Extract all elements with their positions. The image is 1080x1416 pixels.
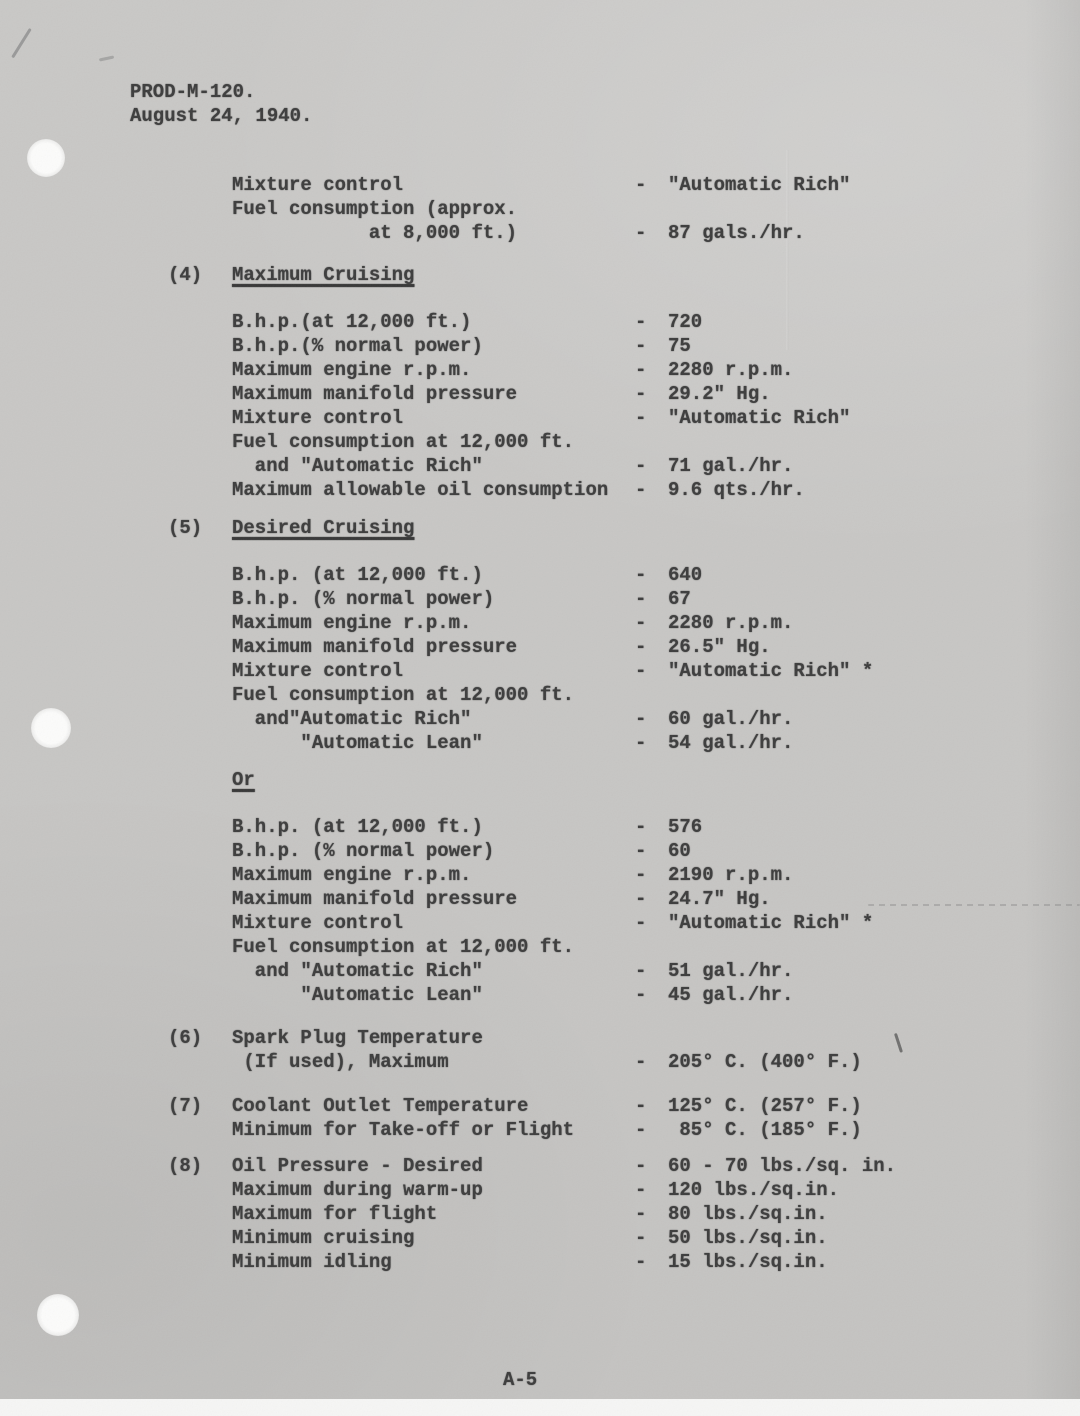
section-content: Desired CruisingB.h.p. (at 12,000 ft.)-6… — [232, 516, 1068, 755]
spec-label: Mixture control — [232, 407, 403, 429]
spec-value: 71 gal./hr. — [668, 454, 793, 478]
spec-label: (If used), Maximum — [232, 1051, 449, 1073]
spec-value: 45 gal./hr. — [668, 983, 793, 1007]
spec-value: 50 lbs./sq.in. — [668, 1226, 828, 1250]
spec-row: Maximum manifold pressure-24.7" Hg. — [232, 887, 1068, 911]
spec-row: B.h.p. (% normal power)-60 — [232, 839, 1068, 863]
spec-row: Maximum manifold pressure-26.5" Hg. — [232, 635, 1068, 659]
spec-value: 640 — [668, 563, 702, 587]
dash-separator: - — [635, 478, 646, 502]
dash-separator: - — [635, 1250, 646, 1274]
spec-row: and"Automatic Rich"-60 gal./hr. — [232, 707, 1068, 731]
dash-separator: - — [635, 1094, 646, 1118]
spec-label: Fuel consumption at 12,000 ft. — [232, 431, 574, 453]
spec-label: Mixture control — [232, 912, 403, 934]
spec-row: Maximum for flight-80 lbs./sq.in. — [232, 1202, 1068, 1226]
dash-separator: - — [635, 839, 646, 863]
spec-label: B.h.p.(% normal power) — [232, 335, 483, 357]
spec-value: 125° C. (257° F.) — [668, 1094, 862, 1118]
spec-value: 60 - 70 lbs./sq. in. — [668, 1154, 896, 1178]
dash-separator: - — [635, 659, 646, 683]
spec-row: Maximum engine r.p.m.-2280 r.p.m. — [232, 611, 1068, 635]
dash-separator: - — [635, 1226, 646, 1250]
dash-separator: - — [635, 587, 646, 611]
spec-value: 51 gal./hr. — [668, 959, 793, 983]
document-page: PROD-M-120. August 24, 1940. Mixture con… — [0, 0, 1080, 1416]
section-5-desired-cruising: (5)Desired CruisingB.h.p. (at 12,000 ft.… — [168, 516, 1068, 755]
spec-row: Fuel consumption (approx. — [232, 197, 1068, 221]
spec-label: Maximum engine r.p.m. — [232, 359, 471, 381]
spec-label: "Automatic Lean" — [232, 732, 483, 754]
spec-label: Maximum manifold pressure — [232, 636, 517, 658]
spec-label: B.h.p.(at 12,000 ft.) — [232, 311, 471, 333]
spec-row: Coolant Outlet Temperature-125° C. (257°… — [232, 1094, 1068, 1118]
spec-row: Maximum during warm-up-120 lbs./sq.in. — [232, 1178, 1068, 1202]
spec-label: Minimum for Take-off or Flight — [232, 1119, 574, 1141]
spec-row: Mixture control-"Automatic Rich" * — [232, 659, 1068, 683]
section-title: Maximum Cruising — [232, 263, 414, 287]
spec-row: (If used), Maximum-205° C. (400° F.) — [232, 1050, 1068, 1074]
spec-label: Fuel consumption (approx. — [232, 198, 517, 220]
spec-row: Mixture control-"Automatic Rich" — [232, 173, 1068, 197]
dash-separator: - — [635, 334, 646, 358]
spec-value: 720 — [668, 310, 702, 334]
spec-label: Fuel consumption at 12,000 ft. — [232, 684, 574, 706]
spec-value: 75 — [668, 334, 691, 358]
spec-label: B.h.p. (% normal power) — [232, 840, 494, 862]
dash-separator: - — [635, 310, 646, 334]
spec-row: Maximum manifold pressure-29.2" Hg. — [232, 382, 1068, 406]
dash-separator: - — [635, 221, 646, 245]
spec-label: at 8,000 ft.) — [232, 222, 517, 244]
section-8-oil-pressure: (8)Oil Pressure - Desired-60 - 70 lbs./s… — [168, 1154, 1068, 1274]
dash-separator: - — [635, 863, 646, 887]
section-content: Maximum CruisingB.h.p.(at 12,000 ft.)-72… — [232, 263, 1068, 502]
spec-row: Fuel consumption at 12,000 ft. — [232, 683, 1068, 707]
spec-row: Maximum engine r.p.m.-2190 r.p.m. — [232, 863, 1068, 887]
spec-label: and "Automatic Rich" — [232, 960, 483, 982]
spec-label: Minimum cruising — [232, 1227, 414, 1249]
spec-row: Mixture control-"Automatic Rich" — [232, 406, 1068, 430]
spec-value: 80 lbs./sq.in. — [668, 1202, 828, 1226]
dash-separator: - — [635, 707, 646, 731]
spec-row: Minimum for Take-off or Flight- 85° C. (… — [232, 1118, 1068, 1142]
page-number: A-5 — [503, 1368, 537, 1392]
dash-separator: - — [635, 382, 646, 406]
spec-row: and "Automatic Rich"-71 gal./hr. — [232, 454, 1068, 478]
spec-value: 576 — [668, 815, 702, 839]
dash-separator: - — [635, 815, 646, 839]
spec-label: Maximum engine r.p.m. — [232, 864, 471, 886]
dash-separator: - — [635, 611, 646, 635]
spec-row: Minimum cruising-50 lbs./sq.in. — [232, 1226, 1068, 1250]
intro-specs: Mixture control-"Automatic Rich"Fuel con… — [168, 173, 1068, 245]
section-title: Or — [232, 768, 255, 792]
spec-value: 205° C. (400° F.) — [668, 1050, 862, 1074]
spec-label: Maximum manifold pressure — [232, 383, 517, 405]
spec-value: 2280 r.p.m. — [668, 358, 793, 382]
section-content: Coolant Outlet Temperature-125° C. (257°… — [232, 1094, 1068, 1142]
dash-separator: - — [635, 406, 646, 430]
spec-row: at 8,000 ft.)-87 gals./hr. — [232, 221, 1068, 245]
spec-value: 85° C. (185° F.) — [668, 1118, 862, 1142]
spec-value: "Automatic Rich" * — [668, 659, 873, 683]
spec-value: 87 gals./hr. — [668, 221, 805, 245]
dash-separator: - — [635, 911, 646, 935]
spec-row: Minimum idling-15 lbs./sq.in. — [232, 1250, 1068, 1274]
spec-row: "Automatic Lean"-54 gal./hr. — [232, 731, 1068, 755]
spec-label: Maximum manifold pressure — [232, 888, 517, 910]
spec-label: Spark Plug Temperature — [232, 1027, 483, 1049]
spec-value: "Automatic Rich" — [668, 173, 850, 197]
section-number: (7) — [168, 1094, 232, 1142]
section-7-coolant-outlet-temperature: (7)Coolant Outlet Temperature-125° C. (2… — [168, 1094, 1068, 1142]
spec-label: Maximum engine r.p.m. — [232, 612, 471, 634]
section-6-spark-plug-temperature: (6)Spark Plug Temperature (If used), Max… — [168, 1026, 1068, 1074]
spec-label: B.h.p. (at 12,000 ft.) — [232, 564, 483, 586]
dash-separator: - — [635, 959, 646, 983]
spec-row: "Automatic Lean"-45 gal./hr. — [232, 983, 1068, 1007]
section-number: (8) — [168, 1154, 232, 1274]
dash-separator: - — [635, 454, 646, 478]
dash-separator: - — [635, 1154, 646, 1178]
dash-separator: - — [635, 1118, 646, 1142]
dash-separator: - — [635, 731, 646, 755]
section-number — [168, 173, 232, 245]
section-or-alternative-cruising: OrB.h.p. (at 12,000 ft.)-576B.h.p. (% no… — [168, 768, 1068, 1007]
spec-row: Fuel consumption at 12,000 ft. — [232, 935, 1068, 959]
section-content: Mixture control-"Automatic Rich"Fuel con… — [232, 173, 1068, 245]
spec-label: Minimum idling — [232, 1251, 392, 1273]
spec-row: Spark Plug Temperature — [232, 1026, 1068, 1050]
spec-row: Mixture control-"Automatic Rich" * — [232, 911, 1068, 935]
spec-value: 15 lbs./sq.in. — [668, 1250, 828, 1274]
section-title: Desired Cruising — [232, 516, 414, 540]
spec-label: Mixture control — [232, 660, 403, 682]
dash-separator: - — [635, 173, 646, 197]
section-number: (6) — [168, 1026, 232, 1074]
spec-label: Maximum during warm-up — [232, 1179, 483, 1201]
dash-separator: - — [635, 1050, 646, 1074]
spec-row: B.h.p.(at 12,000 ft.)-720 — [232, 310, 1068, 334]
spec-value: 60 — [668, 839, 691, 863]
spec-blocks: Mixture control-"Automatic Rich"Fuel con… — [0, 0, 1080, 1416]
dash-separator: - — [635, 358, 646, 382]
section-number — [168, 768, 232, 1007]
spec-label: Maximum allowable oil consumption — [232, 479, 608, 501]
spec-row: Oil Pressure - Desired-60 - 70 lbs./sq. … — [232, 1154, 1068, 1178]
section-number: (5) — [168, 516, 232, 755]
spec-row: B.h.p.(% normal power)-75 — [232, 334, 1068, 358]
section-number: (4) — [168, 263, 232, 502]
spec-label: "Automatic Lean" — [232, 984, 483, 1006]
spec-row: B.h.p. (at 12,000 ft.)-640 — [232, 563, 1068, 587]
spec-row: B.h.p. (at 12,000 ft.)-576 — [232, 815, 1068, 839]
spec-row: B.h.p. (% normal power)-67 — [232, 587, 1068, 611]
spec-value: 26.5" Hg. — [668, 635, 771, 659]
spec-label: Oil Pressure - Desired — [232, 1155, 483, 1177]
spec-row: Maximum engine r.p.m.-2280 r.p.m. — [232, 358, 1068, 382]
spec-label: B.h.p. (at 12,000 ft.) — [232, 816, 483, 838]
spec-label: Coolant Outlet Temperature — [232, 1095, 528, 1117]
spec-value: "Automatic Rich" * — [668, 911, 873, 935]
spec-label: B.h.p. (% normal power) — [232, 588, 494, 610]
spec-label: Mixture control — [232, 174, 403, 196]
dash-separator: - — [635, 887, 646, 911]
spec-row: Maximum allowable oil consumption-9.6 qt… — [232, 478, 1068, 502]
dash-separator: - — [635, 1202, 646, 1226]
spec-value: 120 lbs./sq.in. — [668, 1178, 839, 1202]
spec-label: Fuel consumption at 12,000 ft. — [232, 936, 574, 958]
spec-value: 2190 r.p.m. — [668, 863, 793, 887]
spec-value: 9.6 qts./hr. — [668, 478, 805, 502]
spec-value: "Automatic Rich" — [668, 406, 850, 430]
section-content: Spark Plug Temperature (If used), Maximu… — [232, 1026, 1068, 1074]
spec-row: Fuel consumption at 12,000 ft. — [232, 430, 1068, 454]
section-4-maximum-cruising: (4)Maximum CruisingB.h.p.(at 12,000 ft.)… — [168, 263, 1068, 502]
spec-label: and"Automatic Rich" — [232, 708, 471, 730]
dash-separator: - — [635, 563, 646, 587]
spec-label: Maximum for flight — [232, 1203, 437, 1225]
dash-separator: - — [635, 1178, 646, 1202]
spec-value: 29.2" Hg. — [668, 382, 771, 406]
spec-row: and "Automatic Rich"-51 gal./hr. — [232, 959, 1068, 983]
dash-separator: - — [635, 983, 646, 1007]
section-content: OrB.h.p. (at 12,000 ft.)-576B.h.p. (% no… — [232, 768, 1068, 1007]
spec-value: 54 gal./hr. — [668, 731, 793, 755]
section-content: Oil Pressure - Desired-60 - 70 lbs./sq. … — [232, 1154, 1068, 1274]
spec-value: 2280 r.p.m. — [668, 611, 793, 635]
spec-value: 24.7" Hg. — [668, 887, 771, 911]
spec-label: and "Automatic Rich" — [232, 455, 483, 477]
spec-value: 60 gal./hr. — [668, 707, 793, 731]
spec-value: 67 — [668, 587, 691, 611]
dash-separator: - — [635, 635, 646, 659]
